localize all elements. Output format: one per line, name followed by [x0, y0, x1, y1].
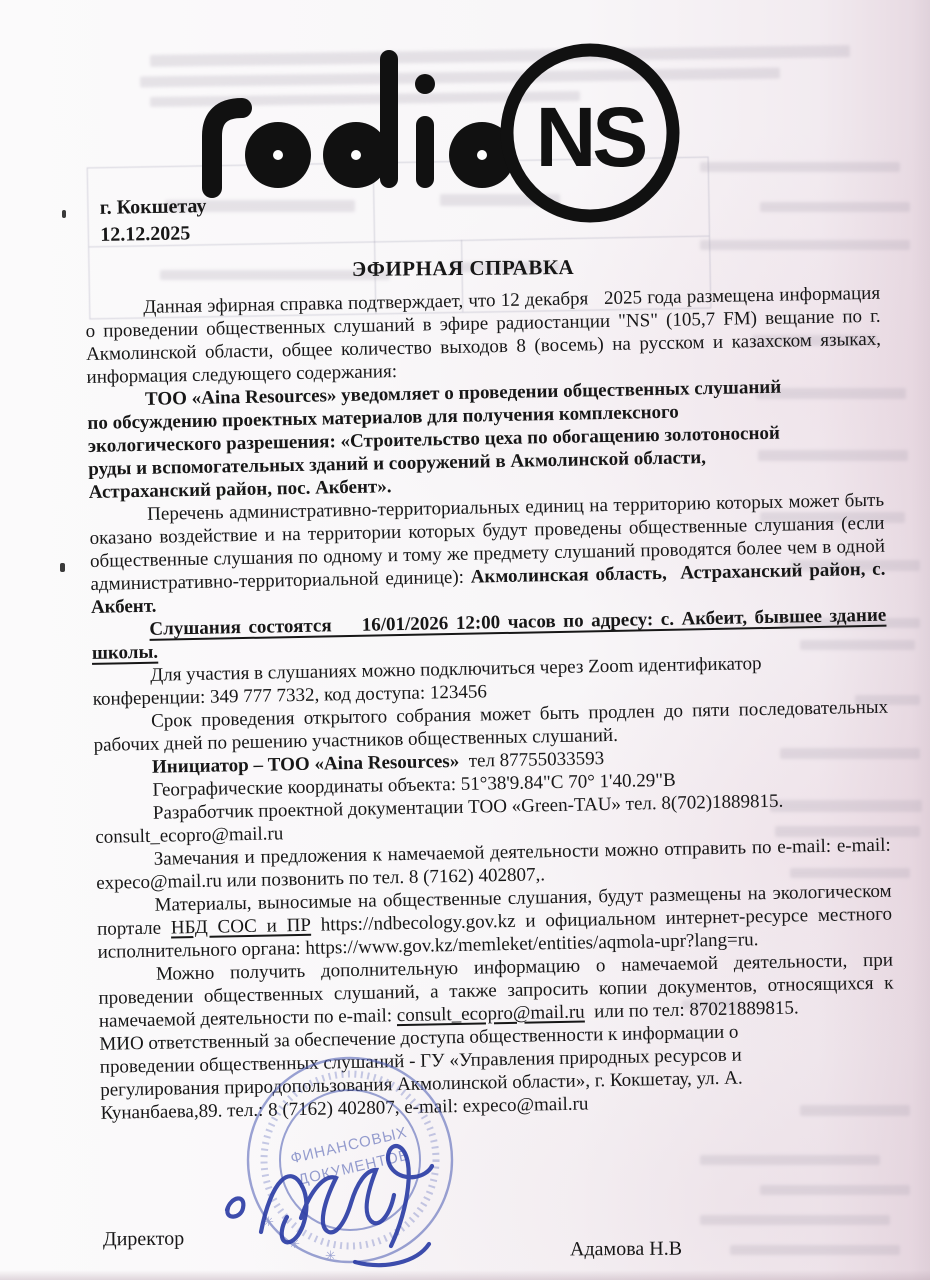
portal-link-label: НБД СОС и ПР [171, 915, 311, 939]
bleedthrough-text [760, 1185, 910, 1195]
bleedthrough-text [760, 202, 910, 212]
svg-text:✳: ✳ [263, 1214, 274, 1229]
bleedthrough-text [700, 240, 910, 250]
paragraph-intro: Данная эфирная справка подтверждает, что… [85, 282, 882, 389]
stamp-center-text-line2: ДОКУМЕНТОВ [297, 1147, 412, 1189]
logo-letter-r [212, 108, 242, 188]
scanned-document-page: NS г. Кокшетау 12.12.2025 ЭФИРНАЯ СПРАВК… [0, 0, 930, 1280]
ink-speck [60, 563, 65, 572]
vinyl-dot [273, 150, 283, 160]
paragraph-mio: МИО ответственный за обеспечение доступа… [99, 1018, 896, 1125]
svg-text:✳: ✳ [289, 1236, 300, 1251]
handwritten-signature [227, 1146, 432, 1265]
vinyl-dot [477, 150, 487, 160]
stamp-center-text-line1: ФИНАНСОВЫХ [289, 1124, 409, 1167]
city-date-block: г. Кокшетау 12.12.2025 [100, 193, 208, 249]
additional-info-phone: или по тел: 87021889815. [584, 997, 798, 1022]
signatory-name: Адамова Н.В [570, 1238, 682, 1262]
bleedthrough-text [730, 1245, 900, 1255]
date-label: 12.12.2025 [100, 220, 207, 249]
vinyl-dot [351, 150, 361, 160]
bleedthrough-text [700, 1215, 890, 1225]
paragraph-territories: Перечень административно-территориальных… [89, 489, 886, 619]
svg-text:✳: ✳ [325, 1248, 336, 1263]
radio-ns-logo-graphic: NS [190, 40, 690, 230]
signatory-role: Директор [103, 1228, 184, 1252]
bleedthrough-text [700, 1155, 880, 1165]
document-title: ЭФИРНАЯ СПРАВКА [352, 255, 574, 282]
logo-letter-i-dot [415, 74, 435, 94]
stamp-star-marks: ✳ ✳ ✳ [263, 1214, 336, 1263]
city-label: г. Кокшетау [100, 193, 207, 222]
paragraph-announcement: ТОО «Aina Resources» уведомляет о провед… [87, 374, 884, 504]
logo-letter-d-stem [380, 50, 398, 188]
consult-email-link: consult_ecopro@mail.ru [397, 1002, 585, 1027]
logo-ns-text: NS [536, 90, 646, 184]
scan-edge-shadow [0, 1270, 930, 1280]
bleedthrough-text [700, 162, 900, 172]
document-body: Данная эфирная справка подтверждает, что… [85, 282, 896, 1125]
initiator-phone: тел 87755033593 [459, 748, 604, 772]
logo-letter-i-stem [416, 116, 434, 188]
ink-speck [62, 210, 66, 218]
radio-ns-logo: NS [190, 40, 690, 230]
